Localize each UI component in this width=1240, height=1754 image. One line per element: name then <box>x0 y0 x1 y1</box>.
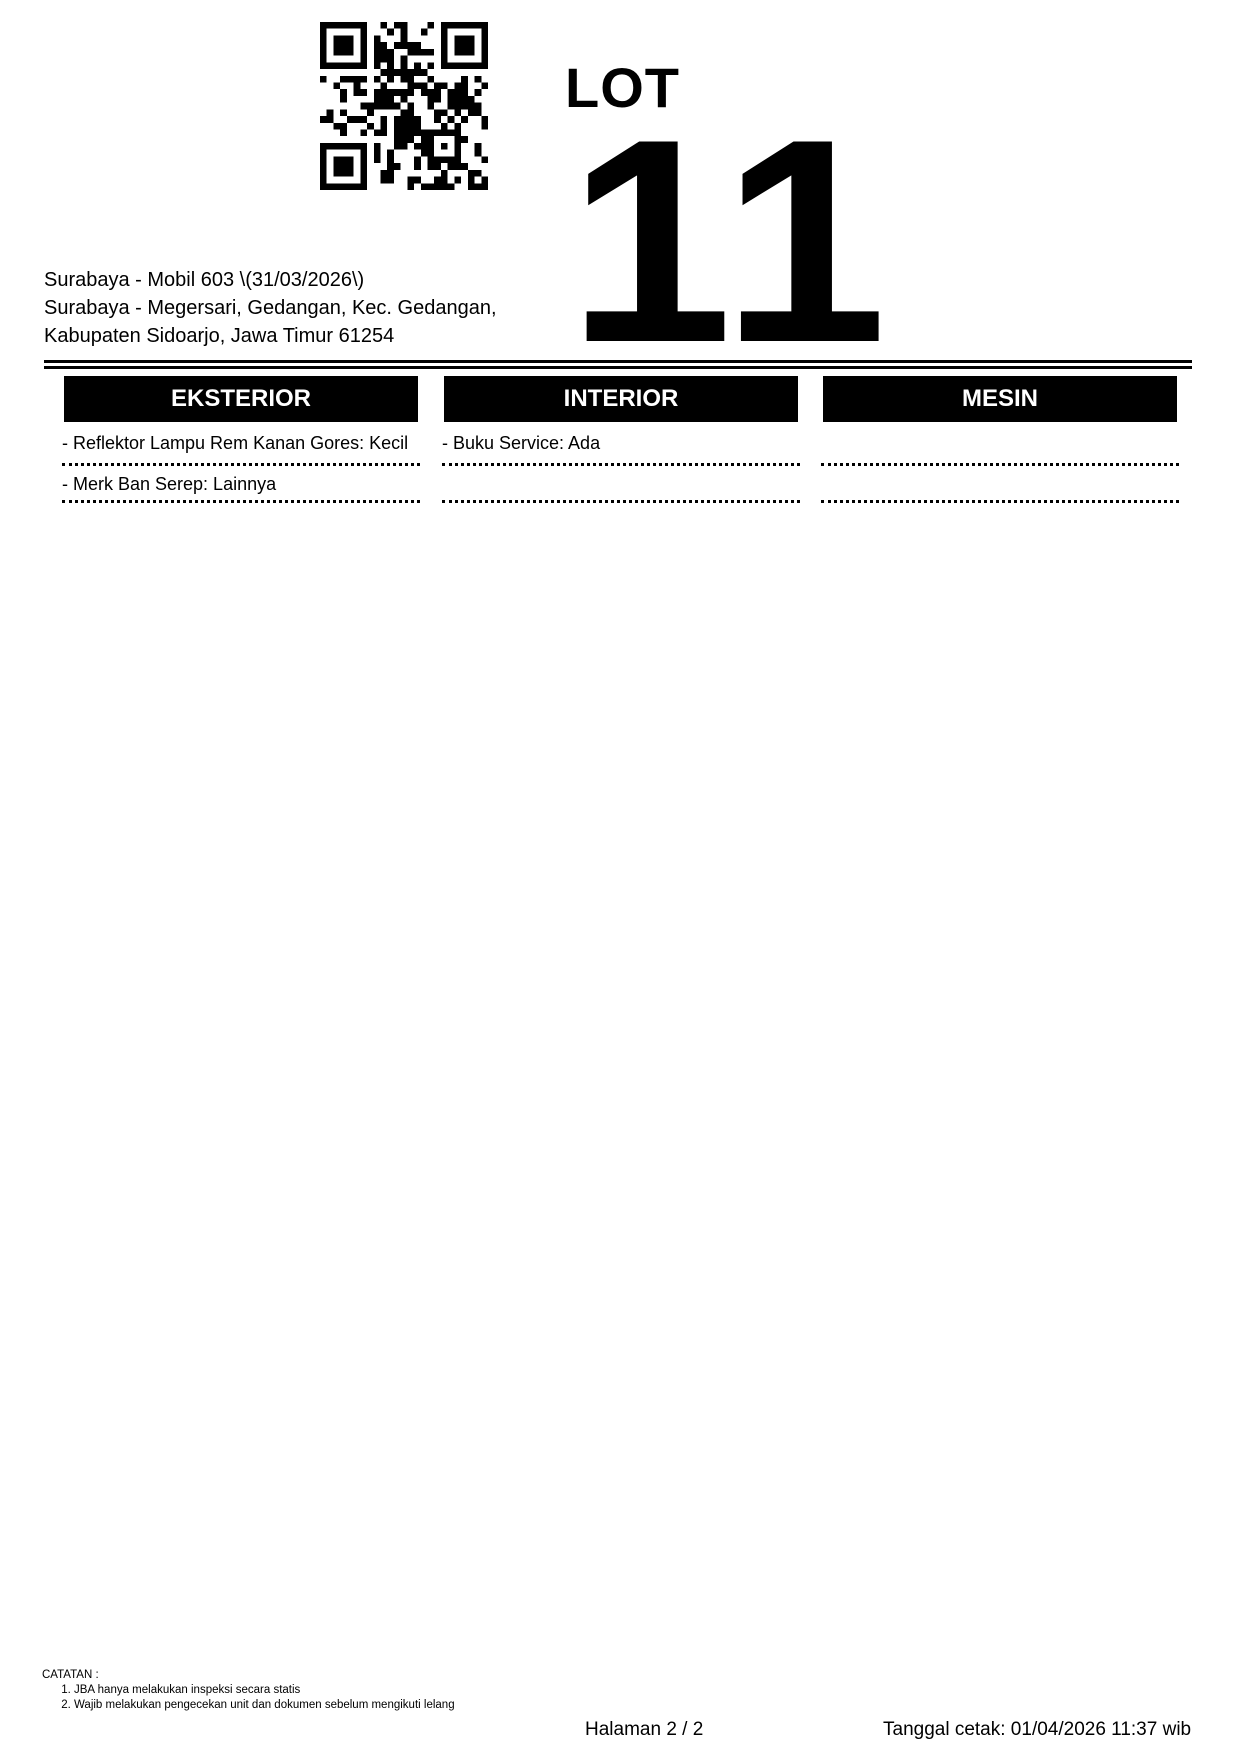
list-item <box>442 466 800 503</box>
section-header: EKSTERIOR <box>64 376 418 422</box>
list-item: - Buku Service: Ada <box>442 422 800 466</box>
lot-number: 11 <box>568 96 893 386</box>
divider-bottom <box>44 366 1192 369</box>
divider-top <box>44 360 1192 363</box>
list-item: - Reflektor Lampu Rem Kanan Gores: Kecil <box>62 422 420 466</box>
note-item: Wajib melakukan pengecekan unit dan doku… <box>74 1698 455 1713</box>
info-line-title: Surabaya - Mobil 603 \(31/03/2026\) <box>44 266 497 294</box>
section-eksterior: EKSTERIOR - Reflektor Lampu Rem Kanan Go… <box>64 376 418 503</box>
note-item: JBA hanya melakukan inspeksi secara stat… <box>74 1683 455 1698</box>
list-item <box>821 466 1179 503</box>
section-interior: INTERIOR - Buku Service: Ada <box>444 376 798 503</box>
info-line-address-1: Surabaya - Megersari, Gedangan, Kec. Ged… <box>44 294 497 322</box>
notes: CATATAN : JBA hanya melakukan inspeksi s… <box>42 1668 455 1713</box>
vehicle-info: Surabaya - Mobil 603 \(31/03/2026\) Sura… <box>44 266 497 350</box>
section-header: INTERIOR <box>444 376 798 422</box>
section-header: MESIN <box>823 376 1177 422</box>
page-number: Halaman 2 / 2 <box>585 1719 703 1741</box>
print-date: Tanggal cetak: 01/04/2026 11:37 wib <box>883 1719 1191 1741</box>
list-item: - Merk Ban Serep: Lainnya <box>62 466 420 503</box>
notes-title: CATATAN : <box>42 1668 455 1683</box>
section-mesin: MESIN <box>823 376 1177 503</box>
list-item <box>821 422 1179 466</box>
info-line-address-2: Kabupaten Sidoarjo, Jawa Timur 61254 <box>44 322 497 350</box>
qr-code-icon <box>320 22 488 190</box>
